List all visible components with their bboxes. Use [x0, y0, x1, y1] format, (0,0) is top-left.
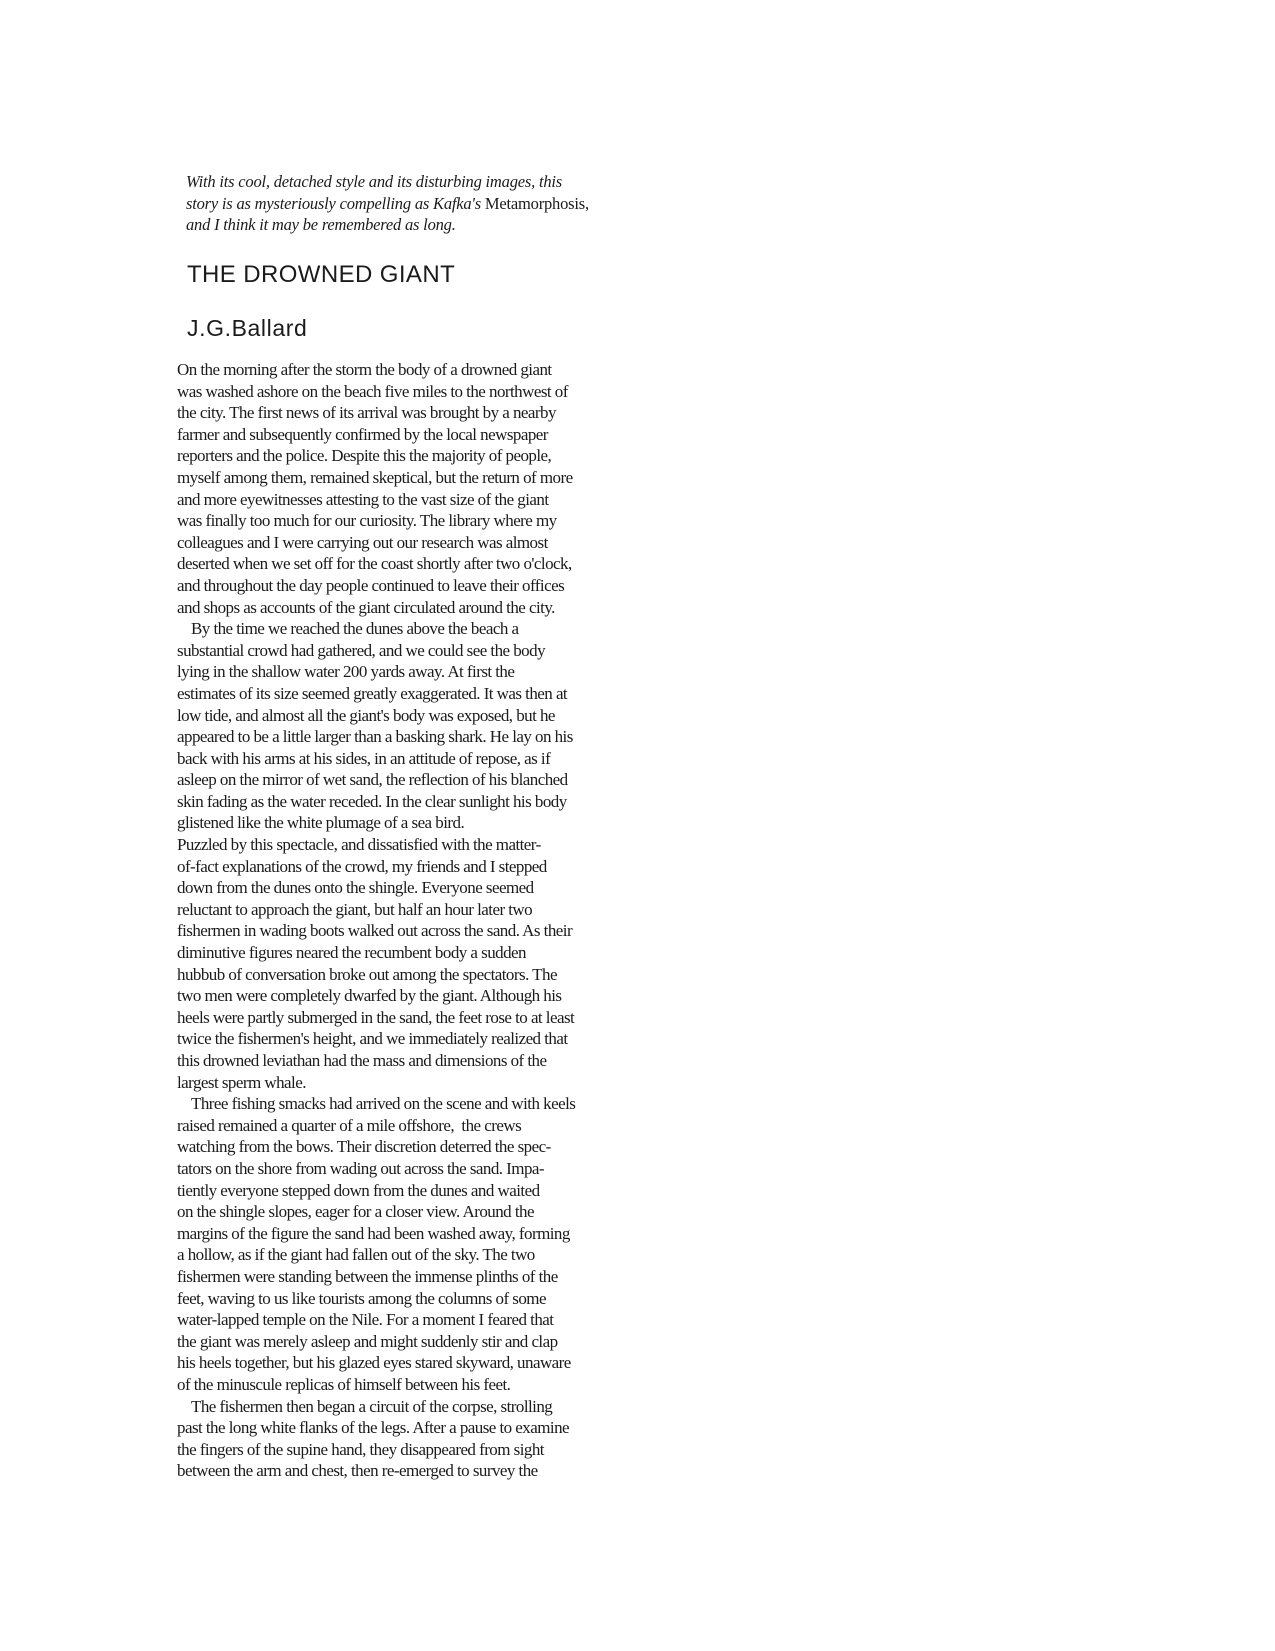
text-line: estimates of its size seemed greatly exa…	[177, 683, 575, 705]
text-line: reporters and the police. Despite this t…	[177, 445, 575, 467]
text-line: of-fact explanations of the crowd, my fr…	[177, 856, 575, 878]
text-line: tiently everyone stepped down from the d…	[177, 1180, 575, 1202]
text-line: his heels together, but his glazed eyes …	[177, 1352, 575, 1374]
text-line: Puzzled by this spectacle, and dissatisf…	[177, 834, 575, 856]
text-line: appeared to be a little larger than a ba…	[177, 726, 575, 748]
text-line: a hollow, as if the giant had fallen out…	[177, 1244, 575, 1266]
text-line: diminutive figures neared the recumbent …	[177, 942, 575, 964]
text-line: farmer and subsequently confirmed by the…	[177, 424, 575, 446]
text-line: On the morning after the storm the body …	[177, 359, 575, 381]
text-line: on the shingle slopes, eager for a close…	[177, 1201, 575, 1223]
text-line: By the time we reached the dunes above t…	[177, 618, 575, 640]
text-line: past the long white flanks of the legs. …	[177, 1417, 575, 1439]
text-line: raised remained a quarter of a mile offs…	[177, 1115, 575, 1137]
text-line: the giant was merely asleep and might su…	[177, 1331, 575, 1353]
text-line: this drowned leviathan had the mass and …	[177, 1050, 575, 1072]
text-line: fishermen were standing between the imme…	[177, 1266, 575, 1288]
text-line: and more eyewitnesses attesting to the v…	[177, 489, 575, 511]
text-line: substantial crowd had gathered, and we c…	[177, 640, 575, 662]
epigraph: With its cool, detached style and its di…	[186, 171, 589, 236]
text-line: of the minuscule replicas of himself bet…	[177, 1374, 575, 1396]
text-line: watching from the bows. Their discretion…	[177, 1136, 575, 1158]
epigraph-line: story is as mysteriously compelling as K…	[186, 193, 589, 215]
text-line: and throughout the day people continued …	[177, 575, 575, 597]
text-line: colleagues and I were carrying out our r…	[177, 532, 575, 554]
text-line: largest sperm whale.	[177, 1072, 575, 1094]
author-name: J.G.Ballard	[187, 315, 307, 342]
text-line: the city. The first news of its arrival …	[177, 402, 575, 424]
text-line: skin fading as the water receded. In the…	[177, 791, 575, 813]
document-page: With its cool, detached style and its di…	[0, 0, 1275, 1651]
text-line: back with his arms at his sides, in an a…	[177, 748, 575, 770]
text-line: deserted when we set off for the coast s…	[177, 553, 575, 575]
text-line: water-lapped temple on the Nile. For a m…	[177, 1309, 575, 1331]
text-line: glistened like the white plumage of a se…	[177, 812, 575, 834]
text-line: hubbub of conversation broke out among t…	[177, 964, 575, 986]
text-line: feet, waving to us like tourists among t…	[177, 1288, 575, 1310]
text-line: heels were partly submerged in the sand,…	[177, 1007, 575, 1029]
text-line: Three fishing smacks had arrived on the …	[177, 1093, 575, 1115]
text-line: was finally too much for our curiosity. …	[177, 510, 575, 532]
text-line: twice the fishermen's height, and we imm…	[177, 1028, 575, 1050]
text-line: the fingers of the supine hand, they dis…	[177, 1439, 575, 1461]
text-line: fishermen in wading boots walked out acr…	[177, 920, 575, 942]
text-line: was washed ashore on the beach five mile…	[177, 381, 575, 403]
epigraph-line: and I think it may be remembered as long…	[186, 214, 589, 236]
text-line: The fishermen then began a circuit of th…	[177, 1396, 575, 1418]
body-text: On the morning after the storm the body …	[177, 359, 575, 1482]
text-line: two men were completely dwarfed by the g…	[177, 985, 575, 1007]
text-line: margins of the figure the sand had been …	[177, 1223, 575, 1245]
text-line: down from the dunes onto the shingle. Ev…	[177, 877, 575, 899]
text-line: tators on the shore from wading out acro…	[177, 1158, 575, 1180]
epigraph-line: With its cool, detached style and its di…	[186, 171, 589, 193]
text-line: low tide, and almost all the giant's bod…	[177, 705, 575, 727]
text-line: and shops as accounts of the giant circu…	[177, 597, 575, 619]
text-line: lying in the shallow water 200 yards awa…	[177, 661, 575, 683]
text-line: asleep on the mirror of wet sand, the re…	[177, 769, 575, 791]
text-line: reluctant to approach the giant, but hal…	[177, 899, 575, 921]
text-line: between the arm and chest, then re-emerg…	[177, 1460, 575, 1482]
text-line: myself among them, remained skeptical, b…	[177, 467, 575, 489]
story-title: THE DROWNED GIANT	[187, 261, 455, 289]
